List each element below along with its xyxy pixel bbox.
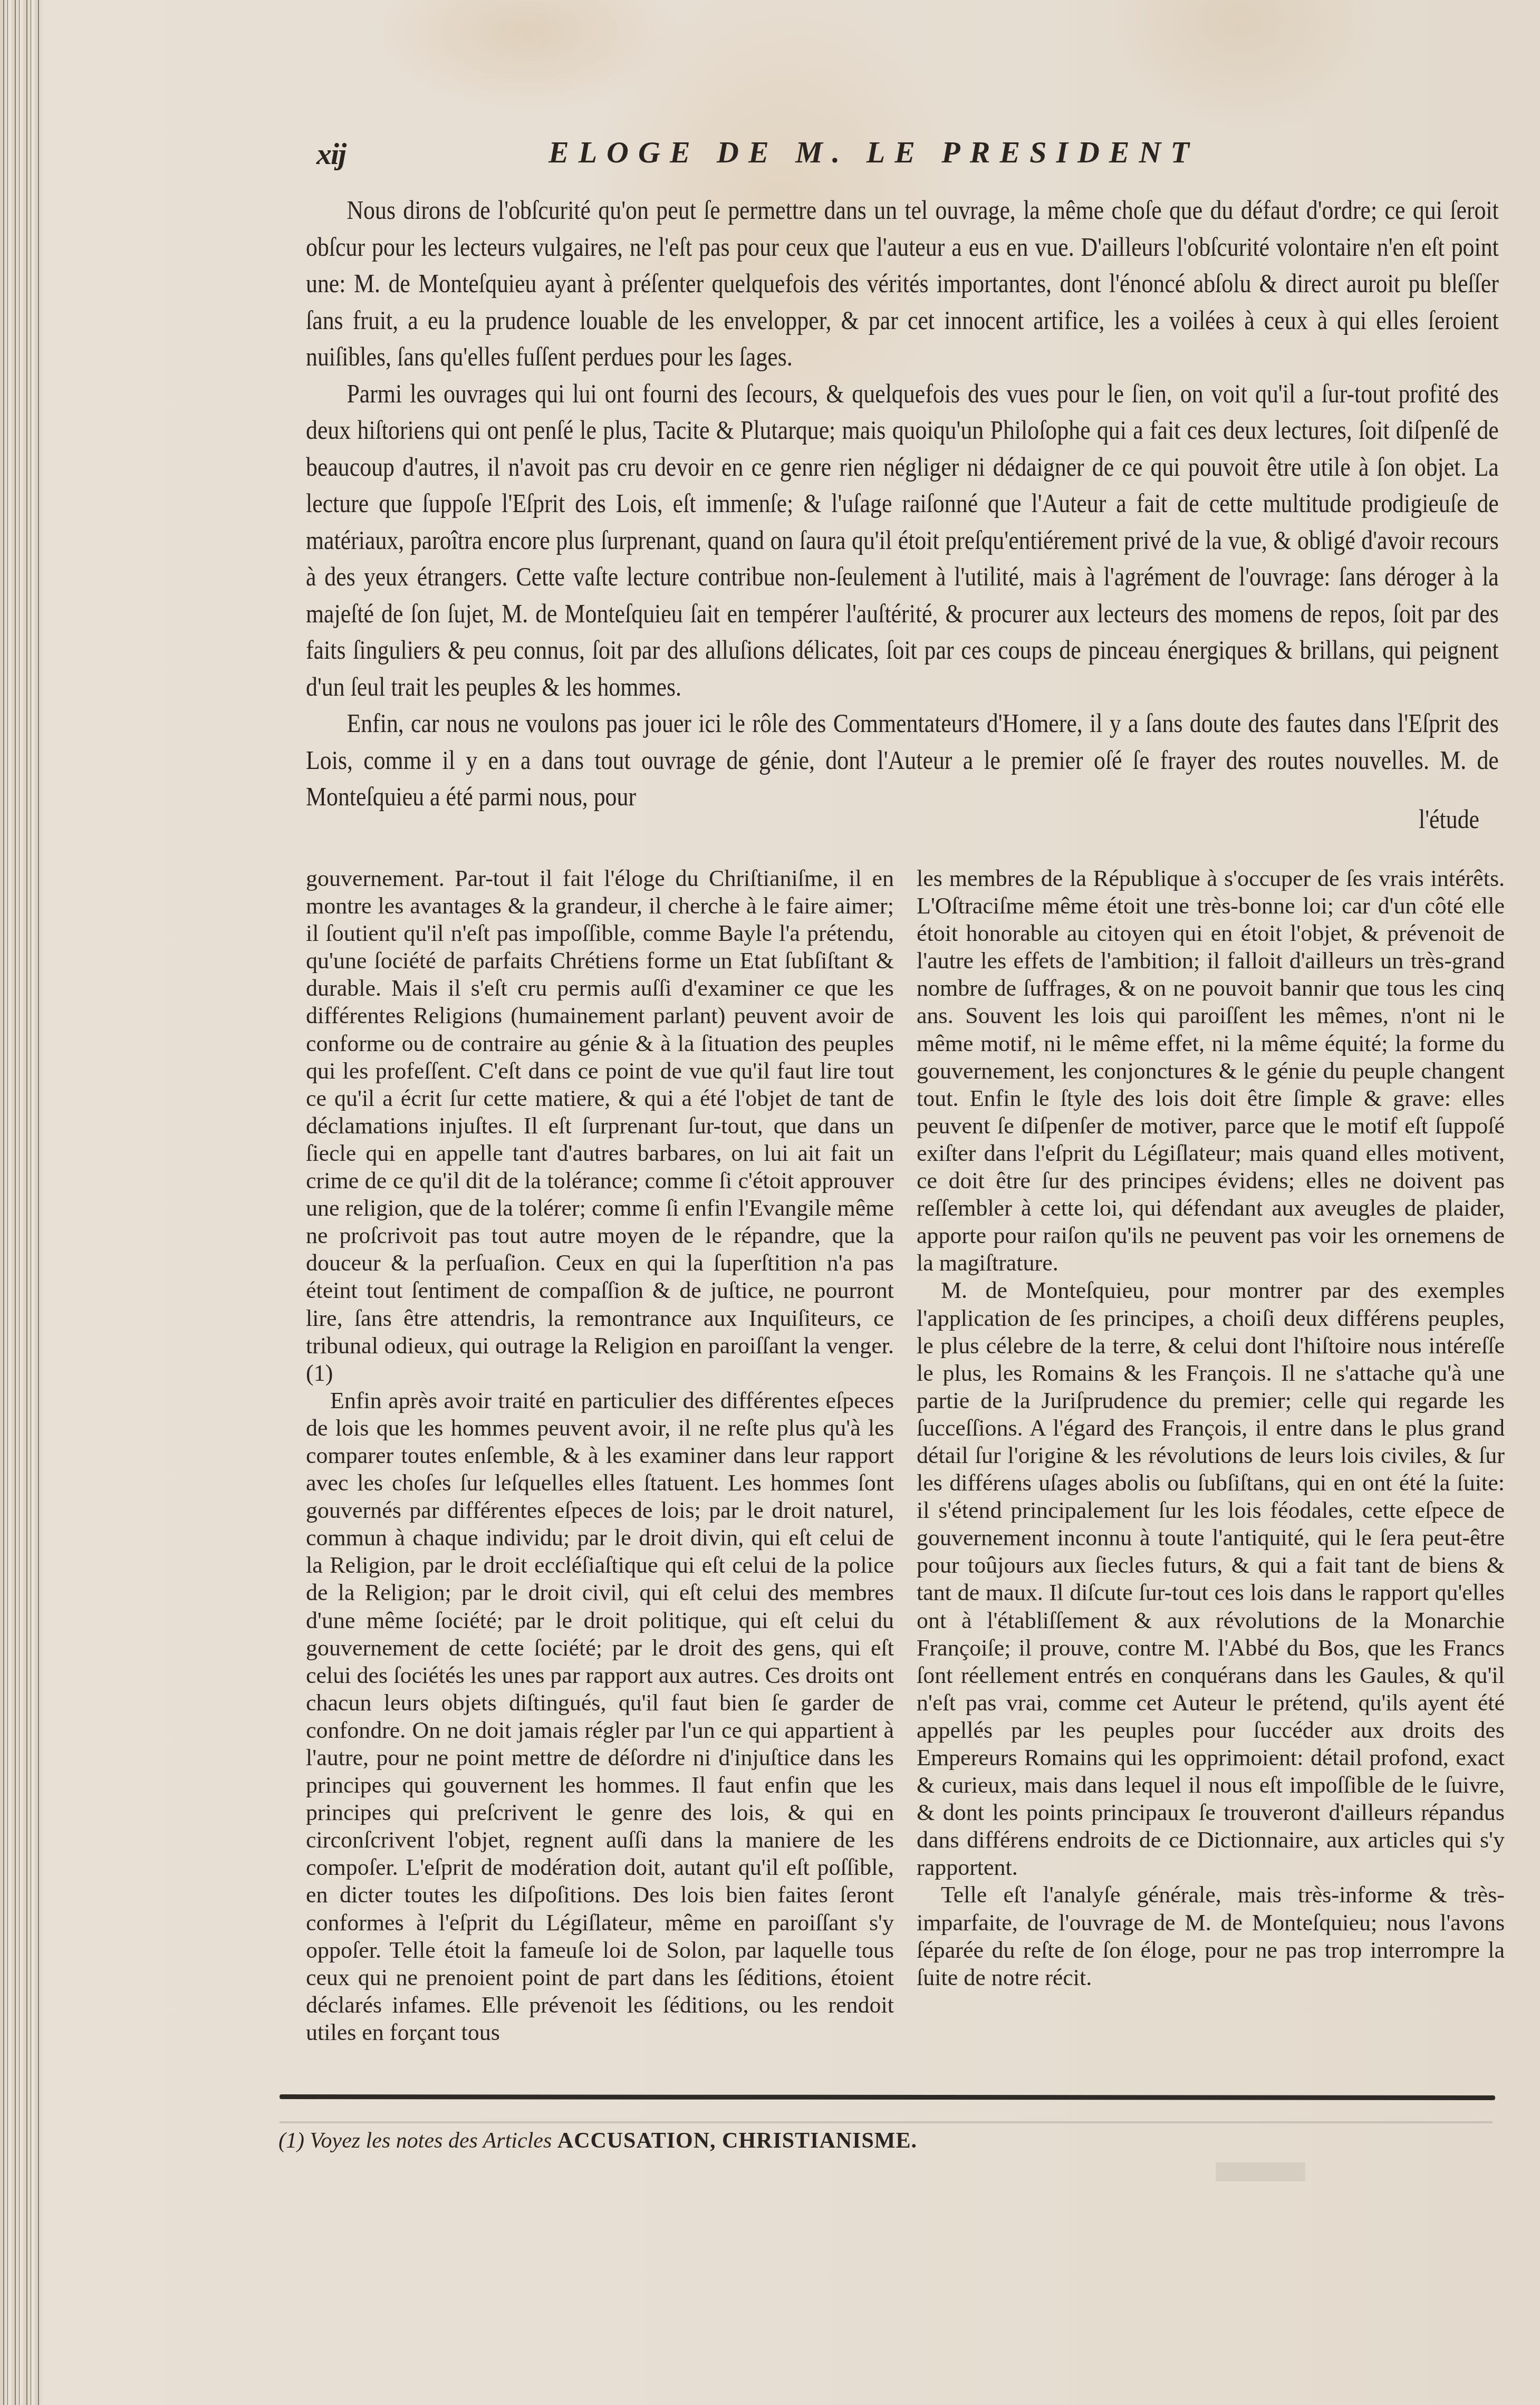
running-head: ELOGE DE M. LE PRESIDENT	[548, 134, 1276, 170]
catchword: l'étude	[1419, 804, 1479, 835]
footnote-refs: ACCUSATION, CHRISTIANISME.	[557, 2129, 917, 2153]
paragraph: Parmi les ouvrages qui lui ont fourni de…	[306, 376, 1499, 706]
paragraph: Nous dirons de l'obſcurité qu'on peut ſe…	[306, 193, 1499, 376]
left-column: gouvernement. Par-tout il fait l'éloge d…	[306, 865, 894, 2046]
paragraph: gouvernement. Par-tout il fait l'éloge d…	[306, 865, 894, 1387]
paragraph: Telle eſt l'analyſe générale, mais très-…	[917, 1881, 1505, 1991]
paragraph: les membres de la République à s'occuper…	[917, 865, 1505, 1277]
book-binding-edge	[0, 0, 42, 2405]
paragraph: M. de Monteſquieu, pour montrer par des …	[917, 1277, 1505, 1881]
paragraph: Enfin, car nous ne voulons pas jouer ici…	[306, 706, 1499, 816]
footnote-text: Voyez les notes des Articles	[310, 2129, 552, 2153]
footnote-marker: (1)	[278, 2129, 304, 2153]
show-through-line	[280, 2121, 1493, 2123]
right-column: les membres de la République à s'occuper…	[917, 865, 1505, 1992]
show-through-mark	[1216, 2162, 1305, 2181]
footnote: (1) Voyez les notes des Articles ACCUSAT…	[278, 2128, 917, 2153]
page-number: xij	[316, 136, 345, 171]
top-text-block: Nous dirons de l'obſcurité qu'on peut ſe…	[306, 193, 1499, 816]
paragraph: Enfin après avoir traité en particulier …	[306, 1387, 894, 2046]
